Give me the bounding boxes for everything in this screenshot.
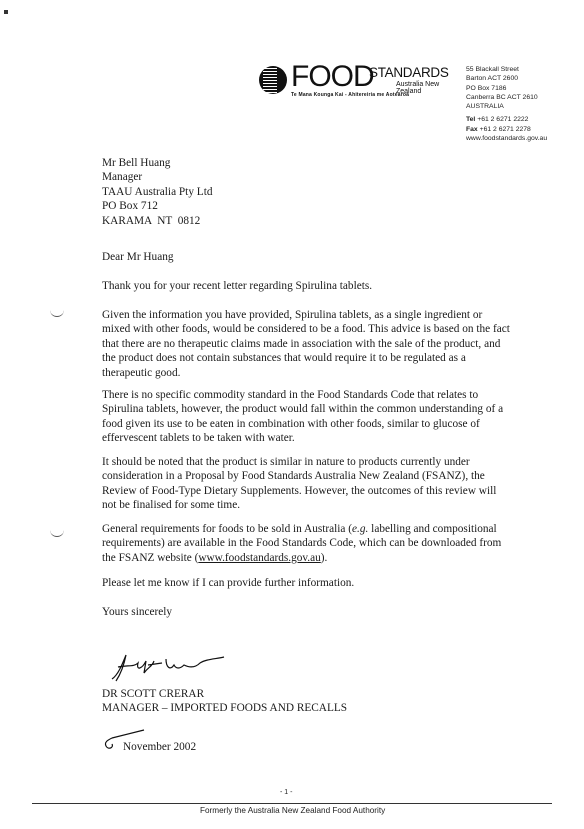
logo-standards-word: STANDARDS — [369, 65, 449, 80]
paragraph-1: Thank you for your recent letter regardi… — [102, 279, 512, 293]
punch-hole-mark — [50, 526, 64, 537]
recipient-address: Mr Bell Huang Manager TAAU Australia Pty… — [102, 156, 512, 228]
paragraph-6: Please let me know if I can provide furt… — [102, 576, 512, 590]
salutation: Dear Mr Huang — [102, 250, 512, 264]
address-line: Canberra BC ACT 2610 — [466, 93, 547, 102]
recipient-line: TAAU Australia Pty Ltd — [102, 185, 512, 199]
punch-hole-mark — [50, 306, 64, 317]
paragraph-2: Given the information you have provided,… — [102, 308, 512, 380]
logo-food-word: FOOD — [291, 60, 374, 94]
paragraph-5: General requirements for foods to be sol… — [102, 522, 512, 565]
recipient-line: KARAMA NT 0812 — [102, 214, 512, 228]
logo-maori-tagline: Te Mana Kounga Kai - Ahitereiria me Aote… — [291, 92, 409, 98]
tel-line: Tel +61 2 6271 2222 — [466, 115, 547, 124]
fsanz-logo: FOOD STANDARDS Australia New Zealand Te … — [259, 62, 459, 102]
paragraph-4: It should be noted that the product is s… — [102, 455, 512, 513]
footer-divider — [32, 803, 552, 804]
fax-line: Fax +61 2 6271 2278 — [466, 125, 547, 134]
logo-circle-icon — [259, 66, 287, 94]
fsanz-website-link[interactable]: www.foodstandards.gov.au — [198, 552, 320, 564]
paragraph-3: There is no specific commodity standard … — [102, 388, 512, 446]
address-line: 55 Blackall Street — [466, 65, 547, 74]
page-number: - 1 - — [280, 789, 292, 796]
recipient-line: Mr Bell Huang — [102, 156, 512, 170]
signatory-name: DR SCOTT CRERAR — [102, 687, 512, 701]
letterhead-address: 55 Blackall Street Barton ACT 2600 PO Bo… — [466, 65, 547, 143]
signature-icon — [108, 645, 228, 685]
website-line[interactable]: www.foodstandards.gov.au — [466, 134, 547, 143]
scan-mark — [4, 10, 8, 14]
recipient-line: Manager — [102, 170, 512, 184]
address-line: PO Box 7186 — [466, 84, 547, 93]
address-line: Barton ACT 2600 — [466, 74, 547, 83]
closing: Yours sincerely — [102, 605, 512, 619]
address-line: AUSTRALIA — [466, 102, 547, 111]
signatory-title: MANAGER – IMPORTED FOODS AND RECALLS — [102, 701, 512, 715]
footer-note: Formerly the Australia New Zealand Food … — [200, 806, 385, 815]
letter-date: November 2002 — [123, 740, 533, 754]
recipient-line: PO Box 712 — [102, 199, 512, 213]
